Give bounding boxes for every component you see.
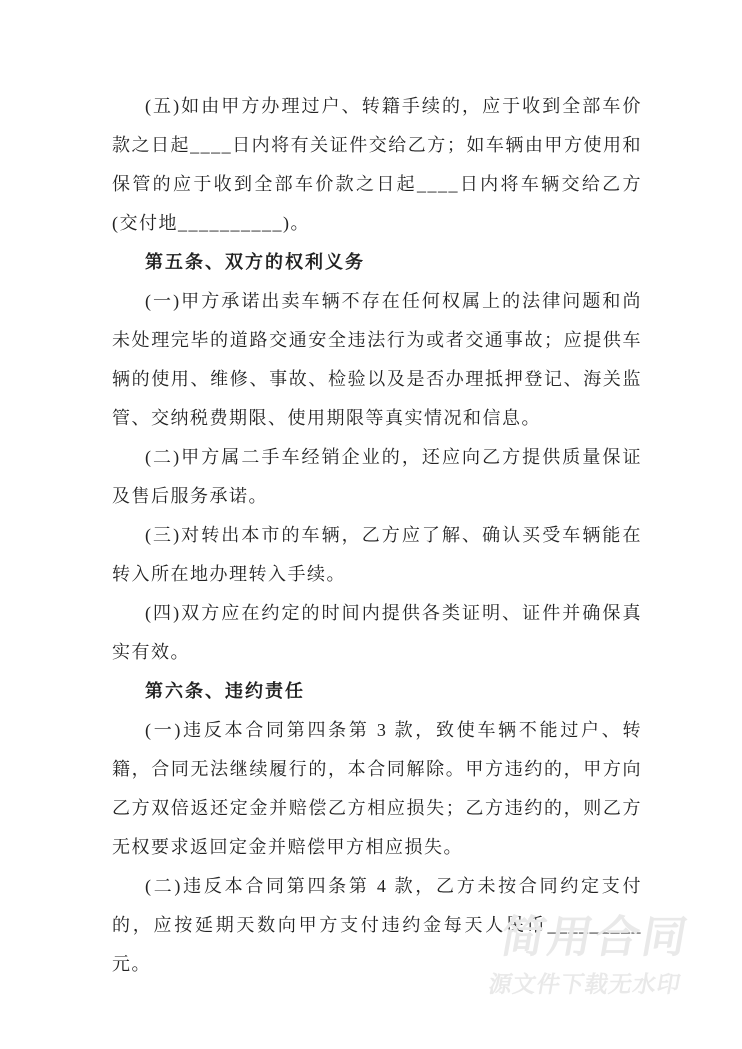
contract-text: (五)如由甲方办理过户、转籍手续的，应于收到全部车价款之日起____日内将有关证…: [112, 87, 642, 984]
clause-5-3: (三)对转出本市的车辆，乙方应了解、确认买受车辆能在转入所在地办理转入手续。: [112, 516, 642, 594]
watermark-title: 简用合同: [493, 914, 693, 962]
clause-5-1: (一)甲方承诺出卖车辆不存在任何权属上的法律问题和尚未处理完毕的道路交通安全违法…: [112, 282, 642, 438]
clause-6-1: (一)违反本合同第四条第 3 款，致使车辆不能过户、转籍，合同无法继续履行的，本…: [112, 711, 642, 867]
clause-5-4: (四)双方应在约定的时间内提供各类证明、证件并确保真实有效。: [112, 594, 642, 672]
watermark: 简用合同 源文件下载无水印: [487, 914, 694, 998]
watermark-subtitle: 源文件下载无水印: [487, 970, 684, 998]
section-heading-6: 第六条、违约责任: [112, 672, 642, 711]
document-page: (五)如由甲方办理过户、转籍手续的，应于收到全部车价款之日起____日内将有关证…: [0, 0, 742, 1049]
clause-4-5: (五)如由甲方办理过户、转籍手续的，应于收到全部车价款之日起____日内将有关证…: [112, 87, 642, 243]
section-heading-5: 第五条、双方的权利义务: [112, 243, 642, 282]
clause-5-2: (二)甲方属二手车经销企业的，还应向乙方提供质量保证及售后服务承诺。: [112, 438, 642, 516]
